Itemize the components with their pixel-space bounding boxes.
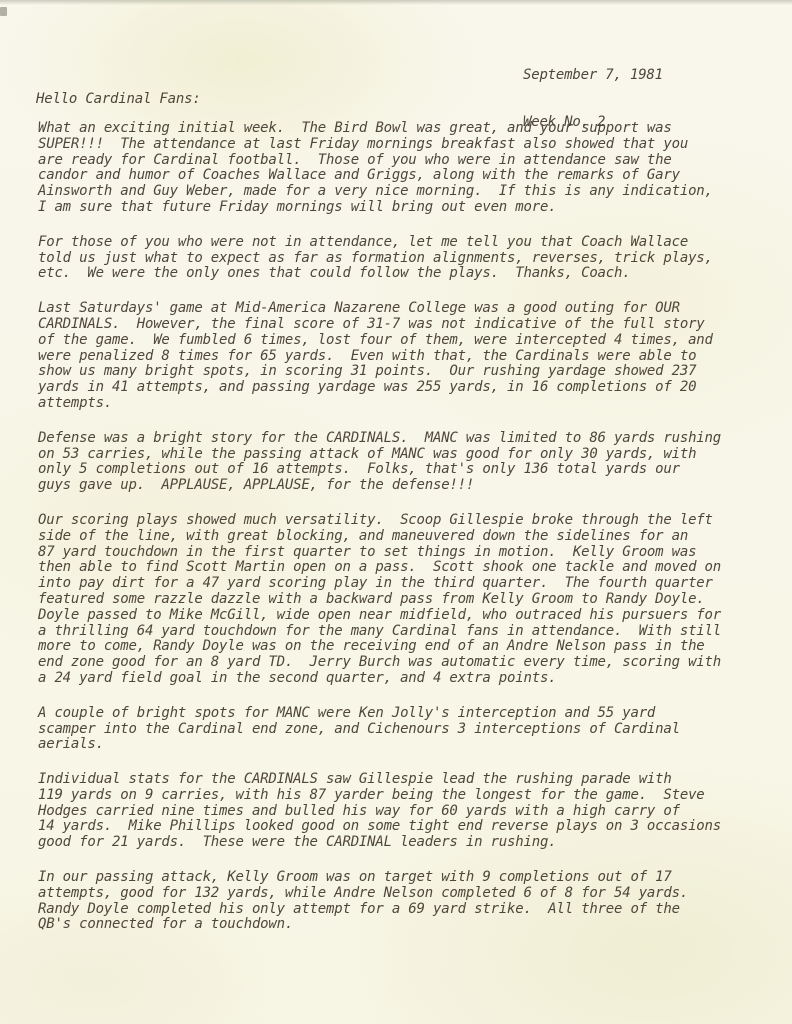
salutation: Hello Cardinal Fans: [36,92,201,108]
paragraph-defense: Defense was a bright story for the CARDI… [38,431,778,494]
paragraph-rushing-stats: Individual stats for the CARDINALS saw G… [38,772,778,851]
letter-body: What an exciting initial week. The Bird … [38,121,778,952]
paragraph-opening-week: What an exciting initial week. The Bird … [38,121,778,216]
letter-page: September 7, 1981 Week No. 2 Hello Cardi… [0,0,792,1024]
paragraph-game-recap: Last Saturdays' game at Mid-America Naza… [38,301,778,412]
paragraph-scoring-plays: Our scoring plays showed much versatilit… [38,513,778,687]
date-line: September 7, 1981 [523,68,663,84]
paragraph-passing-stats: In our passing attack, Kelly Groom was o… [38,870,778,933]
paragraph-coach-wallace: For those of you who were not in attenda… [38,235,778,282]
paragraph-manc-bright-spots: A couple of bright spots for MANC were K… [38,706,778,753]
